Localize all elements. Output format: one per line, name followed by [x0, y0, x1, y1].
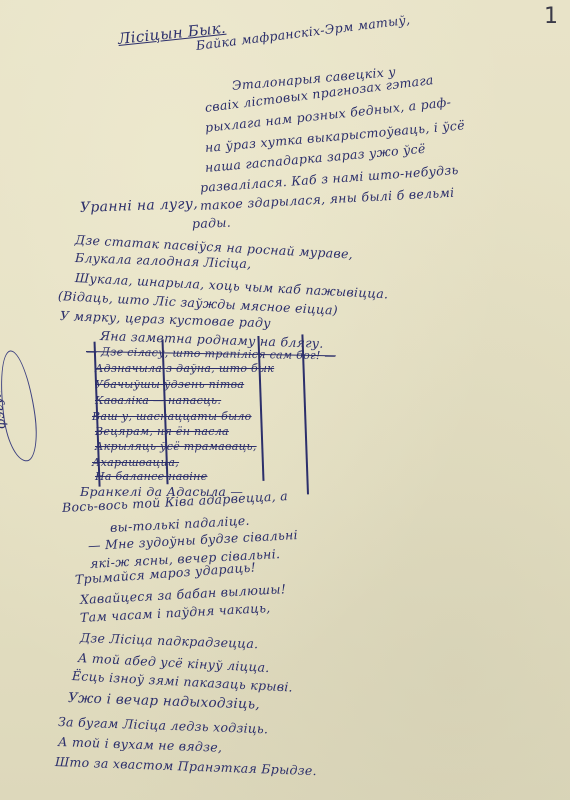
page-number: 1 — [544, 4, 558, 29]
margin-note-circle: фэгула — [0, 348, 42, 463]
manuscript-subtitle: Байка мафранскіх-Эрм матыў, — [195, 12, 411, 53]
manuscript-page: 1 Лісіцын Бык. Байка мафранскіх-Эрм маты… — [0, 0, 570, 800]
strikethrough-grid — [90, 334, 315, 487]
text-line: Ужо і вечар надыходзіць, — [68, 690, 261, 713]
text-line: А той і вухам не вядзе, — [58, 734, 223, 755]
text-line: Дзе Лісіца падкрадзецца. — [80, 630, 259, 651]
text-line: рады. — [192, 215, 232, 231]
text-line: Што за хвастом Пранэткая Брыдзе. — [55, 754, 317, 778]
text-line: За бугам Лісіца ледзь ходзіць. — [58, 714, 269, 736]
text-line: Уранні на лугу, — [80, 196, 198, 216]
margin-note-text: фэгула — [0, 381, 9, 430]
